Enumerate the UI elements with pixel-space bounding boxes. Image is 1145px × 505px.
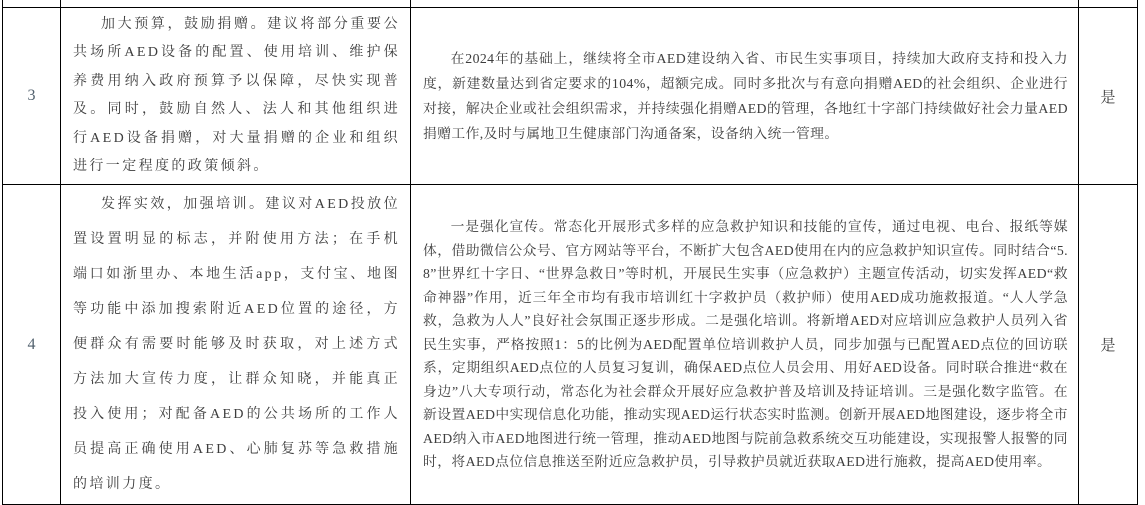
partial-adopted-cell [1079,0,1138,8]
suggestion-cell: 加大预算，鼓励捐赠。建议将部分重要公共场所AED设备的配置、使用培训、维护保养费… [61,8,411,185]
partial-suggestion-cell [61,0,411,8]
reply-cell: 一是强化宣传。常态化开展形式多样的应急救护知识和技能的宣传，通过电视、电台、报纸… [411,185,1079,505]
table-row-partial [3,0,1138,8]
partial-reply-cell [411,0,1079,8]
reply-text: 在2024年的基础上，继续将全市AED建设纳入省、市民生实事项目，持续加大政府支… [411,44,1078,148]
partial-num-cell [3,0,61,8]
adopted-cell: 是 [1079,185,1138,505]
suggestion-text: 加大预算，鼓励捐赠。建议将部分重要公共场所AED设备的配置、使用培训、维护保养费… [61,9,410,184]
reply-cell: 在2024年的基础上，继续将全市AED建设纳入省、市民生实事项目，持续加大政府支… [411,8,1079,185]
suggestion-cell: 发挥实效，加强培训。建议对AED投放位置设置明显的标志，并附使用方法；在手机端口… [61,185,411,505]
row-number-cell: 3 [3,8,61,185]
row-number-cell: 4 [3,185,61,505]
table-row: 4 发挥实效，加强培训。建议对AED投放位置设置明显的标志，并附使用方法；在手机… [3,185,1138,505]
suggestions-reply-table: 3 加大预算，鼓励捐赠。建议将部分重要公共场所AED设备的配置、使用培训、维护保… [2,0,1138,505]
table-row: 3 加大预算，鼓励捐赠。建议将部分重要公共场所AED设备的配置、使用培训、维护保… [3,8,1138,185]
document-page: 3 加大预算，鼓励捐赠。建议将部分重要公共场所AED设备的配置、使用培训、维护保… [0,0,1145,505]
adopted-cell: 是 [1079,8,1138,185]
suggestion-text: 发挥实效，加强培训。建议对AED投放位置设置明显的标志，并附使用方法；在手机端口… [61,185,410,504]
reply-text: 一是强化宣传。常态化开展形式多样的应急救护知识和技能的宣传，通过电视、电台、报纸… [411,213,1078,476]
